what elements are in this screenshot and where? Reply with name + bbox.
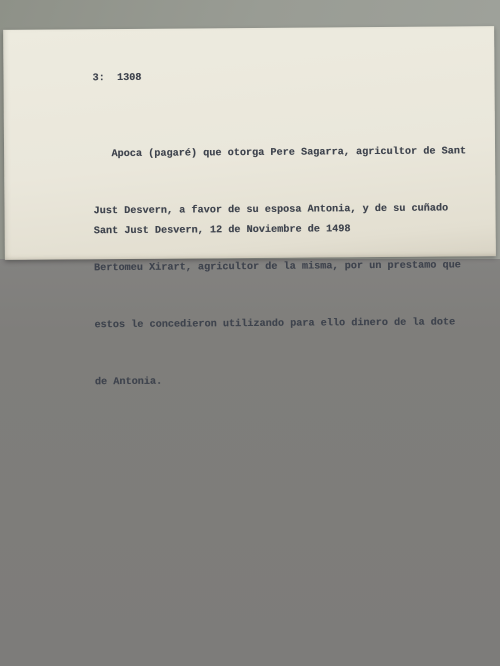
photo-of-document: 3: 1308 Apoca (pagaré) que otorga Pere S… bbox=[0, 0, 500, 666]
body-line: Apoca (pagaré) que otorga Pere Sagarra, … bbox=[93, 142, 466, 164]
document-body: Apoca (pagaré) que otorga Pere Sagarra, … bbox=[93, 104, 468, 430]
document-paper: 3: 1308 Apoca (pagaré) que otorga Pere S… bbox=[3, 26, 496, 260]
body-line: estos le concedieron utilizando para ell… bbox=[94, 313, 467, 335]
body-line: de Antonia. bbox=[95, 370, 468, 392]
dateline: Sant Just Desvern, 12 de Noviembre de 14… bbox=[94, 220, 351, 241]
reference-number: 3: 1308 bbox=[92, 69, 141, 88]
body-line: Just Desvern, a favor de su esposa Anton… bbox=[93, 199, 466, 221]
body-line: Bertomeu Xirart, agricultor de la misma,… bbox=[94, 256, 467, 278]
